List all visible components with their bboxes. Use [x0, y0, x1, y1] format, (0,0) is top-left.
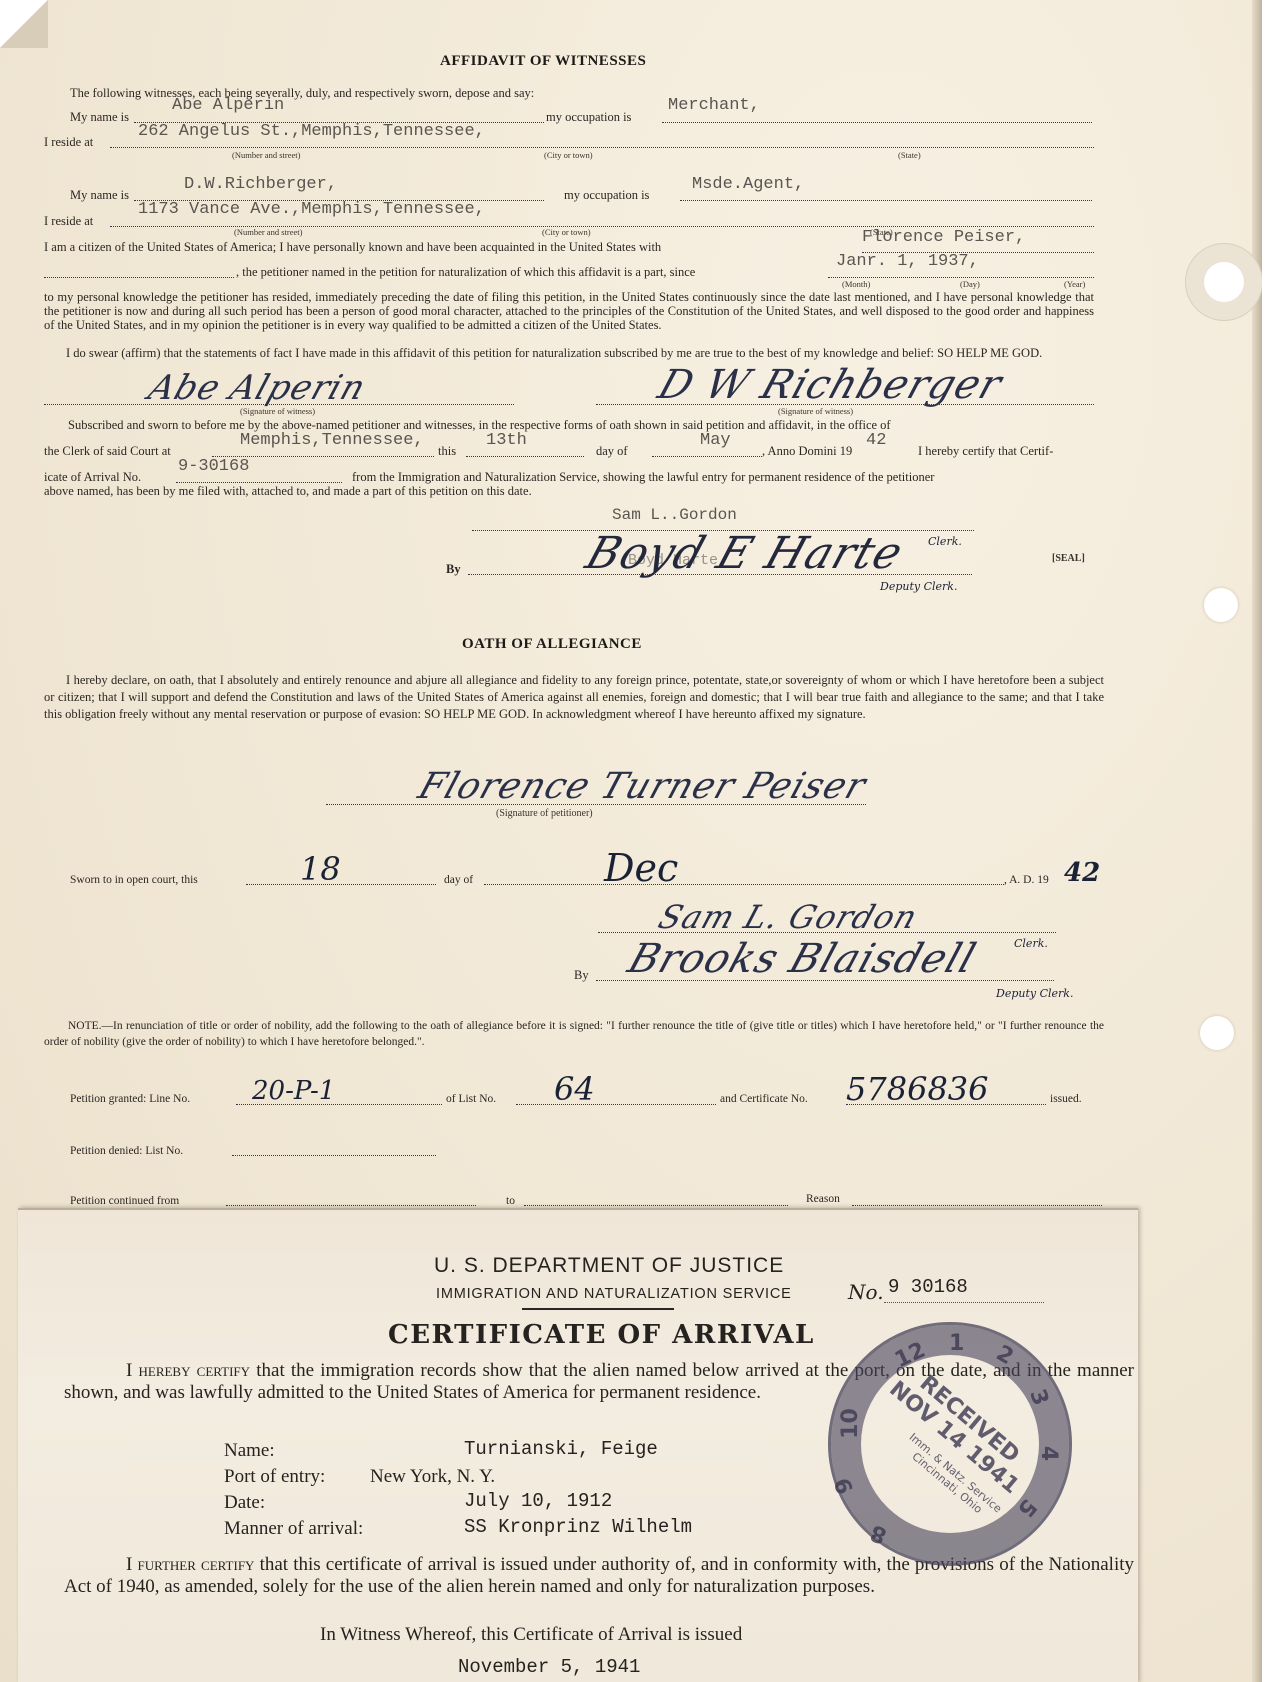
arrival-statement-2: above named, has been by me filed with, … — [44, 484, 532, 498]
subscribed-year: 42 — [866, 431, 886, 450]
witness1-signature-label: (Signature of witness) — [240, 406, 315, 416]
affidavit-swear: I do swear (affirm) that the statements … — [44, 346, 1094, 360]
petitioner-name: Florence Peiser, — [862, 228, 1025, 247]
page-edge — [1252, 0, 1262, 1682]
witness2-occupation-label: my occupation is — [564, 188, 649, 202]
certify-lead: I hereby certify — [126, 1360, 250, 1381]
petitioner-signature: Florence Turner Peiser — [413, 766, 871, 807]
heading-rule — [522, 1308, 674, 1310]
witness1-occupation-label: my occupation is — [546, 110, 631, 124]
stamp-hour: 10 — [838, 1408, 863, 1439]
certificate-no: 5786836 — [846, 1070, 989, 1108]
binder-hole — [1200, 1016, 1234, 1050]
arrival-statement: from the Immigration and Naturalization … — [352, 470, 934, 484]
denied-label: Petition denied: List No. — [70, 1144, 183, 1158]
stamp-hour: 1 — [949, 1331, 964, 1356]
subscribed-statement: Subscribed and sworn to before me by the… — [68, 418, 891, 432]
by-label: By — [574, 968, 589, 982]
binder-hole-reinforced — [1204, 262, 1244, 302]
issued-date: November 5, 1941 — [458, 1656, 640, 1678]
sworn-month: Dec — [604, 846, 678, 890]
date-label: Date: — [224, 1492, 265, 1514]
deputy-signature: Boyd E Harte — [580, 528, 910, 579]
witness1-name-label: My name is — [70, 110, 129, 124]
granted-line-no: 20-P-1 — [252, 1076, 335, 1106]
oath-clerk-signature: Sam L. Gordon — [654, 898, 923, 936]
citizen-statement: I am a citizen of the United States of A… — [44, 240, 661, 254]
deputy-clerk-label: Deputy Clerk. — [996, 987, 1073, 1000]
street-sublabel: (Number and street) — [234, 227, 302, 237]
city-sublabel: (City or town) — [542, 227, 591, 237]
clerk-label: Clerk. — [1014, 937, 1048, 950]
affidavit-title: AFFIDAVIT OF WITNESSES — [440, 53, 646, 70]
city-sublabel: (City or town) — [544, 150, 593, 160]
sworn-day: 18 — [300, 850, 341, 888]
oath-text: I hereby declare, on oath, that I absolu… — [44, 672, 1104, 723]
reason-label: Reason — [806, 1192, 840, 1206]
arrival-date: July 10, 1912 — [464, 1490, 612, 1512]
document-page: AFFIDAVIT OF WITNESSES The following wit… — [0, 0, 1262, 1682]
day-of-label: day of — [596, 444, 628, 458]
certificate-of-arrival: U. S. DEPARTMENT OF JUSTICE IMMIGRATION … — [18, 1208, 1138, 1682]
clerk-typed-name: Sam L..Gordon — [612, 506, 737, 524]
sworn-label: Sworn to in open court, this — [70, 873, 198, 887]
manner-of-arrival: SS Kronprinz Wilhelm — [464, 1516, 692, 1538]
state-sublabel: (State) — [898, 150, 921, 160]
stamp-hour: 2 — [992, 1341, 1018, 1370]
witness1-name: Abe Alperin — [172, 96, 284, 115]
stamp-hour: 3 — [1024, 1386, 1053, 1409]
seal-label: [SEAL] — [1052, 553, 1085, 564]
day-sublabel: (Day) — [960, 279, 980, 289]
alien-name: Turnianski, Feige — [464, 1438, 658, 1460]
witness2-name: D.W.Richberger, — [184, 175, 337, 194]
name-label: Name: — [224, 1440, 275, 1462]
certificate-title: CERTIFICATE OF ARRIVAL — [388, 1320, 815, 1350]
certificate-label: and Certificate No. — [720, 1092, 808, 1106]
anno-domini-label: , Anno Domini 19 — [762, 444, 852, 458]
issued-label: issued. — [1050, 1092, 1082, 1106]
stamp-hour: 8 — [867, 1519, 890, 1548]
stamp-hour: 5 — [1012, 1494, 1041, 1522]
service-heading: IMMIGRATION AND NATURALIZATION SERVICE — [436, 1286, 792, 1302]
witness-whereof: In Witness Whereof, this Certificate of … — [320, 1624, 742, 1646]
witness1-occupation: Merchant, — [668, 96, 760, 115]
port-label: Port of entry: — [224, 1466, 325, 1488]
continued-label: Petition continued from — [70, 1194, 179, 1208]
note-text: —In renunciation of title or order of no… — [44, 1020, 1104, 1048]
certificate-number: 9 30168 — [888, 1276, 968, 1298]
clerk-at-label: the Clerk of said Court at — [44, 444, 171, 458]
petitioner-statement: , the petitioner named in the petition f… — [236, 265, 695, 279]
arrival-no-label: icate of Arrival No. — [44, 470, 141, 484]
nobility-note: NOTE.—In renunciation of title or order … — [44, 1018, 1104, 1050]
clerk-at-place: Memphis,Tennessee, — [240, 431, 424, 450]
deputy-clerk-label: Deputy Clerk. — [880, 580, 957, 593]
witness2-reside-label: I reside at — [44, 214, 93, 228]
list-label: of List No. — [446, 1092, 496, 1106]
folded-corner — [0, 0, 48, 48]
affidavit-intro: The following witnesses, each being seve… — [70, 86, 534, 100]
list-no: 64 — [554, 1070, 595, 1108]
arrival-no: 9-30168 — [178, 457, 249, 476]
month-sublabel: (Month) — [842, 279, 870, 289]
certify-text: I hereby certify that Certif- — [918, 444, 1053, 458]
since-date: Janr. 1, 1937, — [836, 252, 979, 271]
this-label: this — [438, 444, 456, 458]
witness2-address: 1173 Vance Ave.,Memphis,Tennessee, — [138, 200, 485, 219]
sworn-year: 42 — [1064, 858, 1100, 888]
street-sublabel: (Number and street) — [232, 150, 300, 160]
ad-label: , A. D. 19 — [1004, 873, 1049, 887]
further-lead: I further certify — [126, 1554, 254, 1575]
note-label: NOTE. — [68, 1020, 102, 1032]
certificate-no-label: No. — [848, 1280, 884, 1304]
witness2-occupation: Msde.Agent, — [692, 175, 804, 194]
oath-title: OATH OF ALLEGIANCE — [462, 636, 642, 653]
witness2-name-label: My name is — [70, 188, 129, 202]
department-heading: U. S. DEPARTMENT OF JUSTICE — [434, 1254, 784, 1278]
day-of-label: day of — [444, 873, 473, 887]
oath-deputy-signature: Brooks Blaisdell — [623, 936, 982, 982]
witness1-address: 262 Angelus St.,Memphis,Tennessee, — [138, 122, 485, 141]
stamp-hour: 9 — [830, 1474, 859, 1497]
witness1-signature: Abe Alperin — [144, 368, 372, 408]
port-of-entry: New York, N. Y. — [370, 1466, 495, 1488]
by-label: By — [446, 562, 461, 576]
petitioner-signature-label: (Signature of petitioner) — [496, 808, 593, 819]
stamp-hour: 4 — [1036, 1446, 1061, 1461]
subscribed-month: May — [700, 431, 731, 450]
witness2-signature: D W Richberger — [653, 362, 1008, 408]
manner-label: Manner of arrival: — [224, 1518, 363, 1540]
year-sublabel: (Year) — [1064, 279, 1085, 289]
witness2-signature-label: (Signature of witness) — [778, 406, 853, 416]
clerk-label: Clerk. — [928, 535, 962, 548]
affidavit-body: to my personal knowledge the petitioner … — [44, 290, 1094, 332]
subscribed-day: 13th — [486, 431, 527, 450]
witness1-reside-label: I reside at — [44, 135, 93, 149]
received-stamp: 12 1 2 3 4 5 8 9 10 RECEIVED NOV 14 1941… — [828, 1322, 1072, 1566]
granted-label: Petition granted: Line No. — [70, 1092, 190, 1106]
to-label: to — [506, 1194, 515, 1208]
binder-hole — [1204, 588, 1238, 622]
